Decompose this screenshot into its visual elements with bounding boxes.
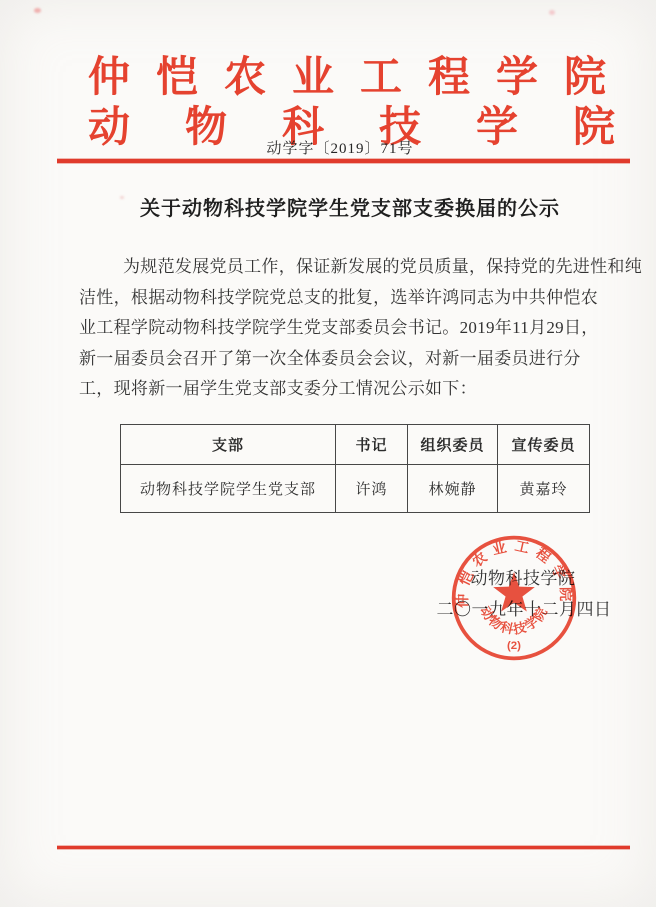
footer-divider-line	[57, 846, 630, 849]
body-line: 新一届委员会召开了第一次全体委员会会议，对新一届委员进行分	[79, 344, 595, 375]
scanned-document-page: 仲恺农业工程学院 动物科技学院 动学字〔2019〕71号 关于动物科技学院学生党…	[0, 0, 656, 907]
column-header-branch: 支部	[121, 425, 336, 465]
cell-branch-name: 动物科技学院学生党支部	[121, 465, 336, 513]
document-number: 动学字〔2019〕71号	[266, 137, 413, 158]
seal-sub-text: (2)	[507, 640, 521, 652]
document-title: 关于动物科技学院学生党支部支委换届的公示	[140, 192, 560, 221]
cell-organization-name: 林婉静	[408, 465, 498, 513]
body-line: 工，现将新一届学生党支部支委分工情况公示如下：	[79, 374, 595, 405]
table-header-row: 支部 书记 组织委员 宣传委员	[121, 425, 590, 465]
body-line: 业工程学院动物科技学院学生党支部委员会书记。2019年11月29日，	[79, 313, 595, 344]
signature-date: 二〇一九年十二月四日	[437, 595, 612, 620]
body-line: 为规范发展党员工作，保证新发展的党员质量，保持党的先进性和纯	[79, 252, 595, 283]
body-paragraph: 为规范发展党员工作，保证新发展的党员质量，保持党的先进性和纯 洁性，根据动物科技…	[79, 252, 595, 405]
letterhead-divider-line	[57, 159, 630, 163]
signature-org-name: 动物科技学院	[471, 564, 576, 589]
scan-speck	[120, 196, 124, 199]
column-header-organization: 组织委员	[408, 425, 498, 465]
cell-secretary-name: 许鸿	[336, 465, 408, 513]
scan-speck	[549, 10, 555, 15]
column-header-publicity: 宣传委员	[498, 425, 590, 465]
committee-roster-table: 支部 书记 组织委员 宣传委员 动物科技学院学生党支部 许鸿 林婉静 黄嘉玲	[120, 424, 590, 513]
column-header-secretary: 书记	[336, 425, 408, 465]
body-line: 洁性，根据动物科技学院党总支的批复，选举许鸿同志为中共仲恺农	[79, 283, 595, 314]
table-row: 动物科技学院学生党支部 许鸿 林婉静 黄嘉玲	[121, 465, 590, 513]
cell-publicity-name: 黄嘉玲	[498, 465, 590, 513]
scan-speck	[34, 8, 41, 13]
